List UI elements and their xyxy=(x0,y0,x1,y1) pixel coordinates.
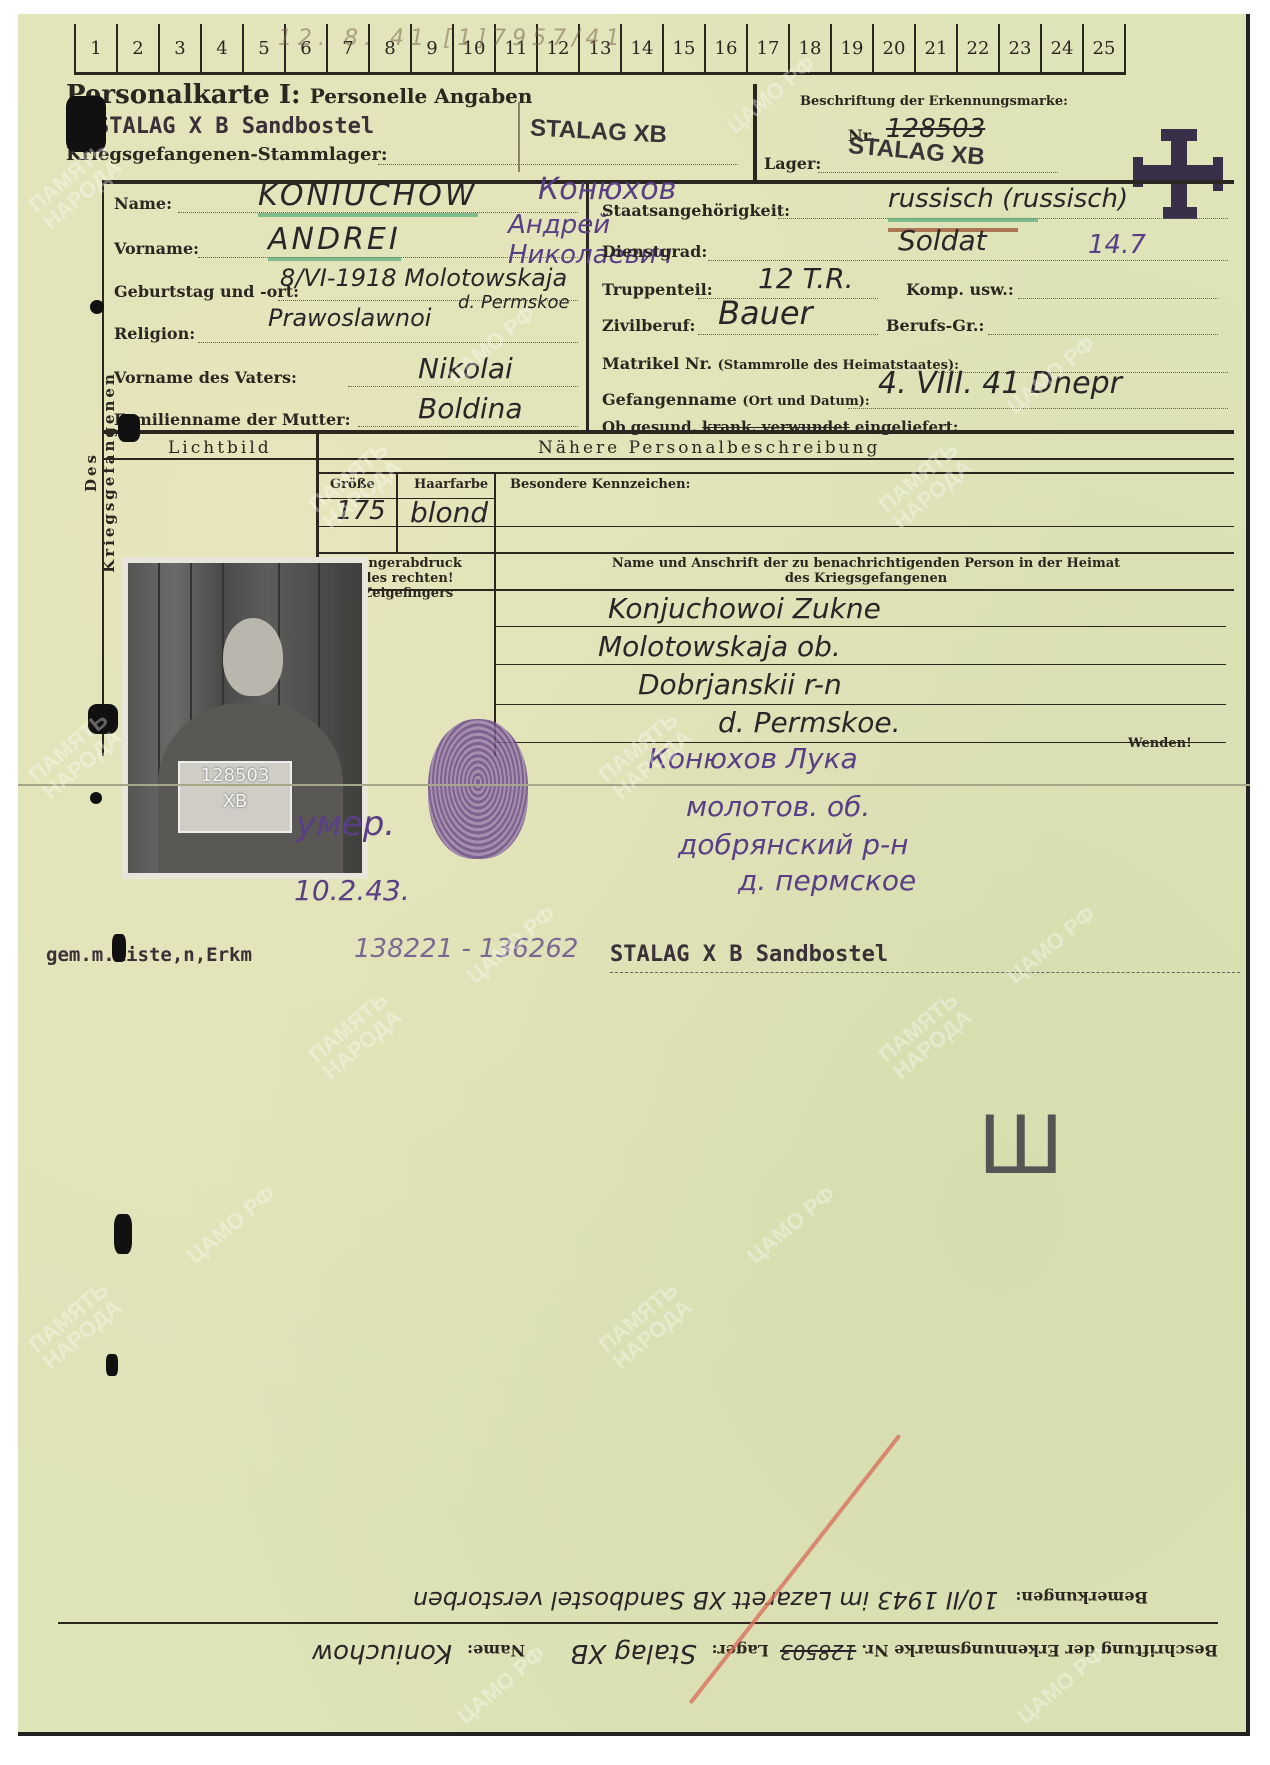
footer-tag-value: 128503 xyxy=(780,1640,856,1664)
address-cyrillic-3: д. пермское xyxy=(738,864,916,897)
hair-label: Haarfarbe xyxy=(414,477,488,492)
hair-value: blond xyxy=(410,496,488,529)
height-label: Größe xyxy=(330,477,375,492)
contact-label-2: des Kriegsgefangenen xyxy=(498,571,1234,586)
title-sub: Personelle Angaben xyxy=(310,84,533,108)
number-box: 16 xyxy=(706,24,748,72)
footer-lager-label: Lager: xyxy=(712,1641,769,1660)
section-title: Nähere Personalbeschreibung xyxy=(538,438,880,458)
vorname-label: Vorname: xyxy=(114,239,199,258)
center-stamp: STALAG XB xyxy=(529,114,667,149)
watermark-archive: ЦАМО РФ xyxy=(743,1182,839,1267)
turn-over-note: Wenden! xyxy=(1128,736,1192,751)
fingerprint-icon xyxy=(428,719,528,859)
number-box: 24 xyxy=(1042,24,1084,72)
number-box: 22 xyxy=(958,24,1000,72)
contact-line-2: Molotowskaja ob. xyxy=(598,630,841,663)
tag-caption: Beschriftung der Erkennungsmarke: xyxy=(800,94,1068,109)
number-box: 21 xyxy=(916,24,958,72)
footer-name-label: Name: xyxy=(467,1641,525,1660)
mother-value: Boldina xyxy=(418,392,523,425)
father-label: Vorname des Vaters: xyxy=(114,368,297,387)
punch-hole xyxy=(118,414,140,442)
religion-label: Religion: xyxy=(114,324,195,343)
capture-main: Gefangenname xyxy=(602,390,737,409)
punch-hole xyxy=(90,792,102,804)
punch-hole xyxy=(106,1354,118,1376)
contact-line-4: d. Permskoe. xyxy=(718,706,901,739)
capture-sub: (Ort und Datum): xyxy=(742,394,869,409)
birth-place-extra: d. Permskoe xyxy=(458,292,570,313)
punch-hole xyxy=(114,1214,132,1254)
watermark-project: ПАМЯТЬ НАРОДА xyxy=(305,989,406,1084)
contact-label-1: Name und Anschrift der zu benachrichtige… xyxy=(498,556,1234,571)
marks-label: Besondere Kennzeichen: xyxy=(510,477,690,492)
tag-upside-down: Beschriftung der Erkennungsmarke Nr. 128… xyxy=(88,1628,1218,1668)
unit-label: Truppenteil: xyxy=(602,280,713,299)
photo-number-sign: 128503 XB xyxy=(178,761,292,833)
health-suffix: eingeliefert: xyxy=(855,418,958,436)
height-value: 175 xyxy=(336,496,386,526)
nationality-value: russisch (russisch) xyxy=(888,184,1128,214)
footer-lager-value: Stalag XB xyxy=(570,1638,696,1668)
vorname-value: ANDREI xyxy=(268,222,401,261)
group-label: Berufs-Gr.: xyxy=(886,316,984,335)
vertical-label: Des Kriegsgefangenen xyxy=(82,352,118,592)
camp-typed: STALAG X B Sandbostel xyxy=(96,114,374,139)
erkm-camp: STALAG X B Sandbostel xyxy=(610,942,888,967)
contact-cyrillic: Конюхов Лука xyxy=(648,742,858,775)
footer-tag-label: Beschriftung der Erkennungsmarke Nr. xyxy=(861,1641,1218,1660)
capture-value: 4. VIII. 41 Dnepr xyxy=(878,366,1122,401)
rank-extra: 14.7 xyxy=(1088,230,1146,260)
company-label: Komp. usw.: xyxy=(906,280,1014,299)
number-box: 3 xyxy=(160,24,202,72)
pencil-mark: Ш xyxy=(978,1099,1064,1192)
capture-label: Gefangenname (Ort und Datum): xyxy=(602,390,870,409)
died-word: умер. xyxy=(296,804,395,844)
remarks-label: Bemerkungen: xyxy=(1016,1588,1149,1607)
unit-value: 12 T.R. xyxy=(758,262,854,295)
contact-line-1: Konjuchowoi Zukne xyxy=(608,592,881,625)
name-label: Name: xyxy=(114,194,172,213)
birth-label: Geburtstag und -ort: xyxy=(114,282,299,301)
birth-value: 8/VI-1918 Molotowskaja xyxy=(280,264,567,292)
pencil-reference-number: 12. 8. 41 [1]7957/41 xyxy=(278,26,626,51)
footer-name-value: Koniuchow xyxy=(312,1638,452,1668)
erkm-prefix: gem.m.Liste,n,Erkm xyxy=(46,944,252,966)
watermark-project: ПАМЯТЬ НАРОДА xyxy=(875,439,976,534)
rank-value: Soldat xyxy=(898,224,987,257)
tag-lager-label: Lager: xyxy=(764,154,821,173)
watermark-archive: ЦАМО РФ xyxy=(183,1182,279,1267)
matrikel-main: Matrikel Nr. xyxy=(602,354,712,373)
mother-label: Familienname der Mutter: xyxy=(114,410,351,429)
number-box: 20 xyxy=(874,24,916,72)
punch-hole xyxy=(66,96,106,152)
watermark-project: ПАМЯТЬ НАРОДА xyxy=(875,989,976,1084)
watermark-archive: ЦАМО РФ xyxy=(1003,902,1099,987)
punch-hole xyxy=(88,704,118,734)
card-title: Personalkarte I: Personelle Angaben xyxy=(66,80,532,110)
contact-label: Name und Anschrift der zu benachrichtige… xyxy=(498,556,1234,586)
name-value: KONIUCHOW xyxy=(258,178,478,217)
number-box: 15 xyxy=(664,24,706,72)
civil-label: Zivilberuf: xyxy=(602,316,695,335)
punch-hole xyxy=(112,934,126,962)
number-box: 17 xyxy=(748,24,790,72)
photo-label: Lichtbild xyxy=(168,438,272,458)
number-box: 14 xyxy=(622,24,664,72)
died-date: 10.2.43. xyxy=(294,874,410,907)
watermark-project: ПАМЯТЬ НАРОДА xyxy=(595,1279,696,1374)
punch-hole xyxy=(90,300,104,314)
health-selected: gesund, xyxy=(631,418,697,436)
health-struck: krank, verwundet xyxy=(702,418,850,436)
sign-camp: XB xyxy=(180,789,290,815)
health-prefix: Ob xyxy=(602,418,626,436)
number-box: 2 xyxy=(118,24,160,72)
camp-label: Kriegsgefangenen-Stammlager: xyxy=(66,144,388,165)
personalkarte-card: 1234567891011121314151617181920212223242… xyxy=(18,14,1250,1736)
number-box: 18 xyxy=(790,24,832,72)
address-cyrillic-1: молотов. об. xyxy=(686,790,870,823)
number-box: 25 xyxy=(1084,24,1126,72)
health-row: Ob gesund, krank, verwundet eingeliefert… xyxy=(602,418,958,436)
religion-value: Prawoslawnoi xyxy=(268,304,431,332)
remarks-value: 10/II 1943 im Lazarett XB Sandbostel ver… xyxy=(413,1586,999,1614)
erkm-range: 138221 - 136262 xyxy=(354,934,578,964)
number-box: 4 xyxy=(202,24,244,72)
civil-value: Bauer xyxy=(718,294,813,332)
address-cyrillic-2: добрянский р-н xyxy=(678,828,908,861)
number-box: 19 xyxy=(832,24,874,72)
number-box: 1 xyxy=(76,24,118,72)
cross-stamp-icon xyxy=(1133,129,1223,219)
number-box: 23 xyxy=(1000,24,1042,72)
remarks-upside-down: Bemerkungen: 10/II 1943 im Lazarett XB S… xyxy=(168,1574,1148,1614)
nationality-label: Staatsangehörigkeit: xyxy=(602,201,790,220)
rank-label: Dienstgrad: xyxy=(602,242,707,261)
father-value: Nikolai xyxy=(418,352,513,385)
contact-line-3: Dobrjanskii r-n xyxy=(638,668,842,701)
